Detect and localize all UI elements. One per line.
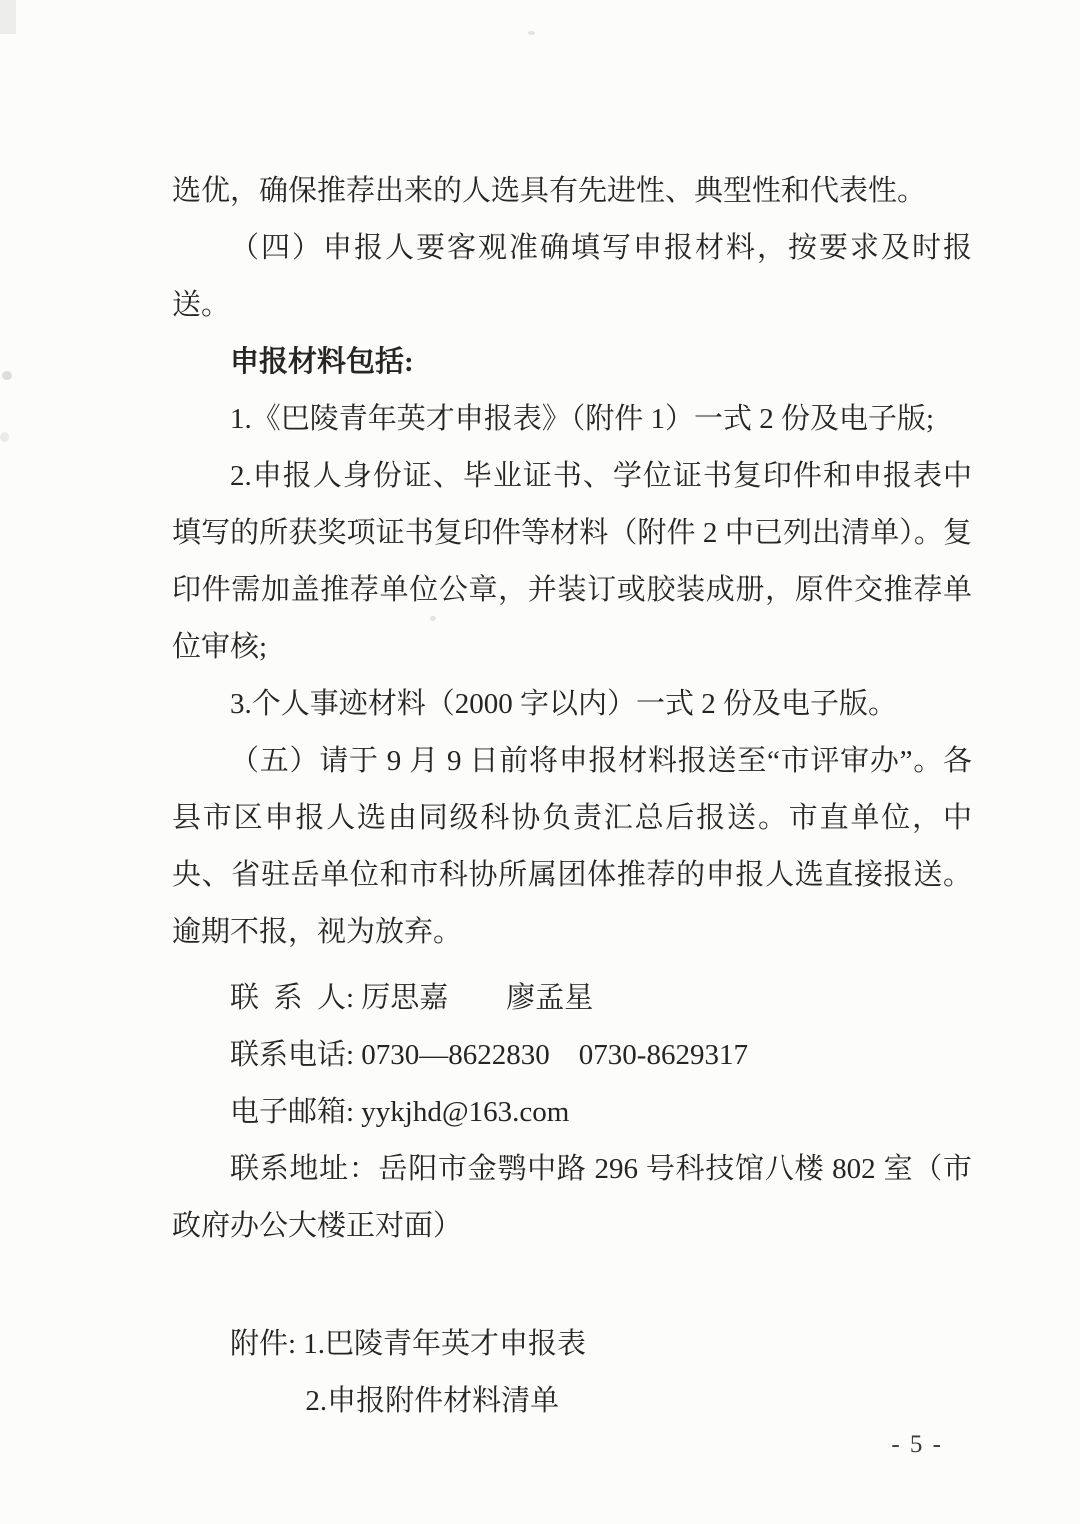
attachment-line-1: 附件: 1.巴陵青年英才申报表 [172, 1316, 972, 1373]
scan-artifact [528, 31, 535, 35]
paragraph-item-4: （四）申报人要客观准确填写申报材料，按要求及时报送。 [172, 220, 972, 334]
paragraph-material-1: 1.《巴陵青年英才申报表》（附件 1）一式 2 份及电子版; [172, 391, 972, 448]
paragraph-item-5: （五）请于 9 月 9 日前将申报材料报送至“市评审办”。各县市区申报人选由同级… [172, 733, 972, 961]
contact-email-line: 电子邮箱: yykjhd@163.com [172, 1084, 972, 1141]
paragraph-continuation: 选优，确保推荐出来的人选具有先进性、典型性和代表性。 [172, 163, 972, 220]
attachment-line-2: 2.申报附件材料清单 [172, 1373, 972, 1430]
scan-artifact [2, 371, 12, 380]
paragraph-material-2: 2.申报人身份证、毕业证书、学位证书复印件和申报表中填写的所获奖项证书复印件等材… [172, 448, 972, 676]
paragraph-materials-heading: 申报材料包括: [172, 334, 972, 391]
scan-artifact [0, 432, 9, 442]
scan-artifact [0, 0, 16, 34]
page-number: - 5 - [891, 1430, 943, 1460]
document-body: 选优，确保推荐出来的人选具有先进性、典型性和代表性。 （四）申报人要客观准确填写… [172, 163, 972, 1430]
contact-person-line: 联 系 人: 厉思嘉 廖孟星 [172, 970, 972, 1027]
paragraph-material-3: 3.个人事迹材料（2000 字以内）一式 2 份及电子版。 [172, 676, 972, 733]
document-page: 选优，确保推荐出来的人选具有先进性、典型性和代表性。 （四）申报人要客观准确填写… [0, 0, 1080, 1524]
contact-phone-line: 联系电话: 0730—8622830 0730-8629317 [172, 1027, 972, 1084]
contact-address-line: 联系地址：岳阳市金鹗中路 296 号科技馆八楼 802 室（市政府办公大楼正对面… [172, 1141, 972, 1255]
